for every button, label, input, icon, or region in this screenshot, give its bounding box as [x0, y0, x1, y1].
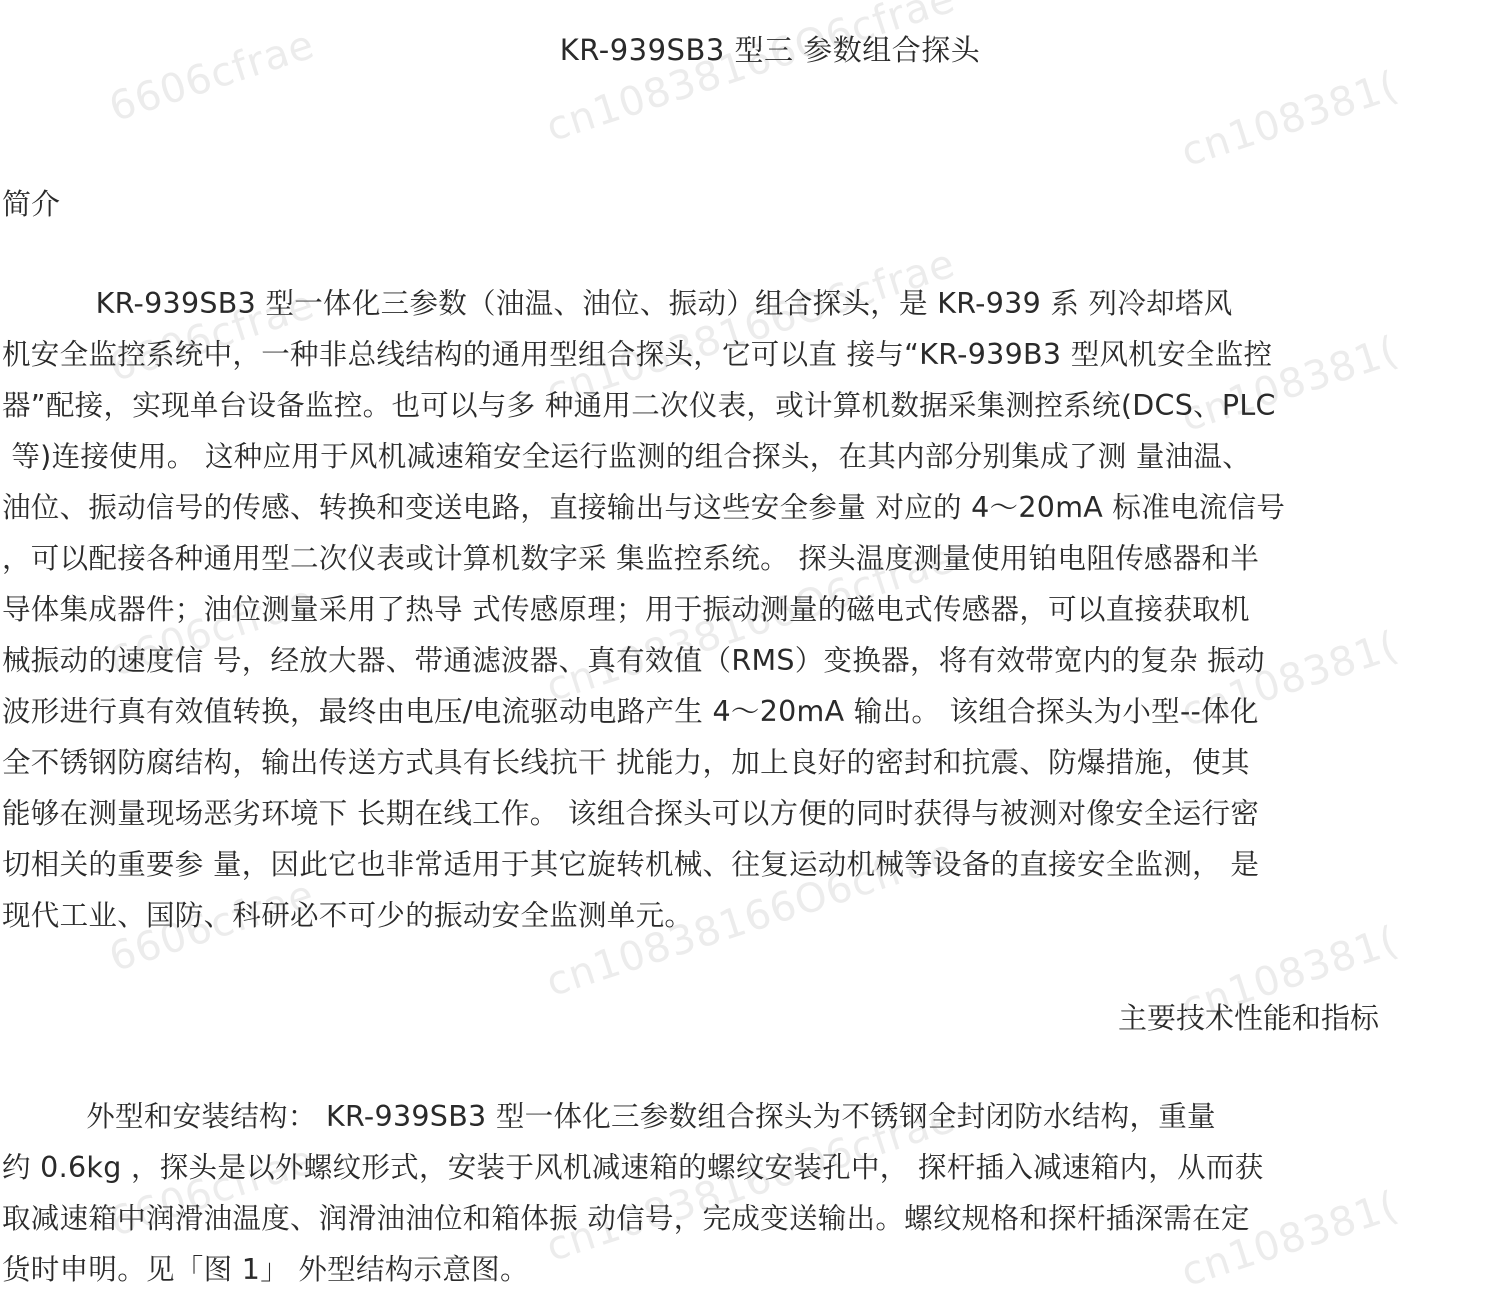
text-line: 外型和安装结构： KR-939SB3 型一体化三参数组合探头为不锈钢全封闭防水结… — [2, 1091, 1498, 1142]
text-line: 切相关的重要参 量，因此它也非常适用于其它旋转机械、往复运动机械等设备的直接安全… — [2, 839, 1498, 890]
section-heading-intro: 简介 — [2, 182, 60, 223]
section-heading-specs: 主要技术性能和指标 — [1118, 996, 1379, 1037]
text-line: 械振动的速度信 号，经放大器、带通滤波器、真有效值（RMS）变换器，将有效带宽内… — [2, 635, 1498, 686]
structure-paragraph: 外型和安装结构： KR-939SB3 型一体化三参数组合探头为不锈钢全封闭防水结… — [2, 1091, 1498, 1295]
intro-paragraph: KR-939SB3 型一体化三参数（油温、油位、振动）组合探头，是 KR-939… — [2, 278, 1498, 941]
watermark: cn108381( — [1176, 63, 1404, 176]
text-line: 货时申明。见「图 1」 外型结构示意图。 — [2, 1244, 1498, 1295]
text-line: ，可以配接各种通用型二次仪表或计算机数字采 集监控系统。 探头温度测量使用铂电阻… — [2, 533, 1498, 584]
text-line: 等)连接使用。 这种应用于风机减速箱安全运行监测的组合探头，在其内部分别集成了测… — [2, 431, 1498, 482]
text-line: 现代工业、国防、科研必不可少的振动安全监测单元。 — [2, 890, 1498, 941]
document-page: 6606cfrae cn10838166O6cfrae cn108381( 66… — [0, 0, 1500, 1306]
text-line: 波形进行真有效值转换，最终由电压/电流驱动电路产生 4～20mA 输出。 该组合… — [2, 686, 1498, 737]
text-line: 约 0.6kg ，探头是以外螺纹形式，安装于风机减速箱的螺纹安装孔中， 探杆插入… — [2, 1142, 1498, 1193]
text-line: 导体集成器件；油位测量采用了热导 式传感原理；用于振动测量的磁电式传感器，可以直… — [2, 584, 1498, 635]
text-line: 器”配接，实现单台设备监控。也可以与多 种通用二次仪表，或计算机数据采集测控系统… — [2, 380, 1498, 431]
text-line: 全不锈钢防腐结构，输出传送方式具有长线抗干 扰能力，加上良好的密封和抗震、防爆措… — [2, 737, 1498, 788]
text-line: KR-939SB3 型一体化三参数（油温、油位、振动）组合探头，是 KR-939… — [2, 278, 1498, 329]
document-title: KR-939SB3 型三 参数组合探头 — [0, 28, 1500, 69]
text-line: 机安全监控系统中，一种非总线结构的通用型组合探头，它可以直 接与“KR-939B… — [2, 329, 1498, 380]
text-line: 油位、振动信号的传感、转换和变送电路，直接输出与这些安全参量 对应的 4～20m… — [2, 482, 1498, 533]
text-line: 取减速箱中润滑油温度、润滑油油位和箱体振 动信号，完成变送输出。螺纹规格和探杆插… — [2, 1193, 1498, 1244]
text-line: 能够在测量现场恶劣环境下 长期在线工作。 该组合探头可以方便的同时获得与被测对像… — [2, 788, 1498, 839]
watermark: cn10838166O6cfrae — [541, 0, 961, 151]
